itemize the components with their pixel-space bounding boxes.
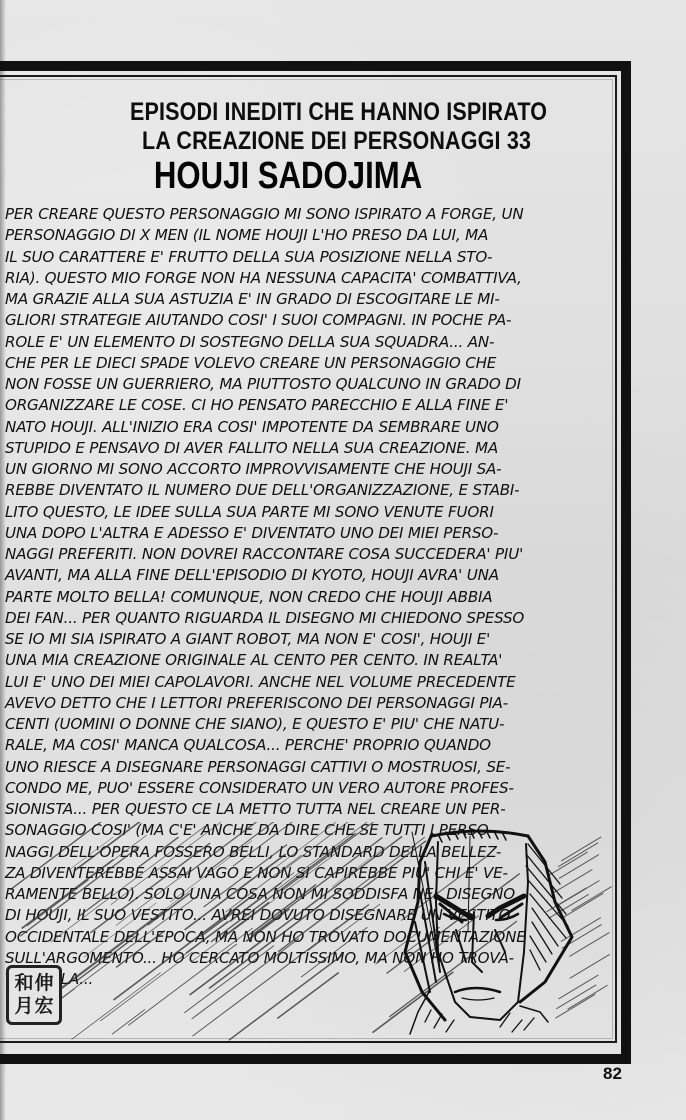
body-text-line: RALE, MA COSI' MANCA QUALCOSA... PERCHE'… — [5, 735, 619, 756]
header-subtitle-line-2: LA CREAZIONE DEI PERSONAGGI 33 — [42, 127, 632, 156]
body-text-line: NON FOSSE UN GUERRIERO, MA PIUTTOSTO QUA… — [5, 374, 619, 395]
body-text-line: UNO RIESCE A DISEGNARE PERSONAGGI CATTIV… — [5, 757, 619, 778]
header-subtitle-line-1: EPISODI INEDITI CHE HANNO ISPIRATO — [44, 98, 634, 127]
body-text-line: SIONISTA... PER QUESTO CE LA METTO TUTTA… — [5, 799, 619, 820]
character-name-title: HOUJI SADOJIMA — [0, 154, 602, 198]
body-text-line: LUI E' UNO DEI MIEI CAPOLAVORI. ANCHE NE… — [5, 672, 619, 693]
seal-char: 宏 — [35, 995, 54, 1018]
body-text-line: LITO QUESTO, LE IDEE SULLA SUA PARTE MI … — [5, 502, 619, 523]
body-text-line: PER CREARE QUESTO PERSONAGGIO MI SONO IS… — [5, 204, 619, 225]
seal-char: 伸 — [35, 972, 54, 995]
character-sketch-illustration: 伸 宏 和 月 — [0, 822, 618, 1042]
body-text-line: NAGGI PREFERITI. NON DOVREI RACCONTARE C… — [5, 544, 619, 565]
body-text-line: DEI FAN... PER QUANTO RIGUARDA IL DISEGN… — [5, 608, 619, 629]
body-text-line: NATO HOUJI. ALL'INIZIO ERA COSI' IMPOTEN… — [5, 417, 619, 438]
body-text-line: SE IO MI SIA ISPIRATO A GIANT ROBOT, MA … — [5, 629, 619, 650]
body-text-line: UN GIORNO MI SONO ACCORTO IMPROVVISAMENT… — [5, 459, 619, 480]
body-text-line: CHE PER LE DIECI SPADE VOLEVO CREARE UN … — [5, 353, 619, 374]
body-text-line: ORGANIZZARE LE COSE. CI HO PENSATO PAREC… — [5, 395, 619, 416]
body-text-line: IL SUO CARATTERE E' FRUTTO DELLA SUA POS… — [5, 247, 619, 268]
body-text-line: MA GRAZIE ALLA SUA ASTUZIA E' IN GRADO D… — [5, 289, 619, 310]
body-text-line: ROLE E' UN ELEMENTO DI SOSTEGNO DELLA SU… — [5, 332, 619, 353]
body-text-line: PARTE MOLTO BELLA! COMUNQUE, NON CREDO C… — [5, 587, 619, 608]
speed-lines-and-portrait-icon — [0, 822, 618, 1042]
body-text-line: AVANTI, MA ALLA FINE DELL'EPISODIO DI KY… — [5, 565, 619, 586]
article-header: EPISODI INEDITI CHE HANNO ISPIRATO LA CR… — [0, 98, 686, 198]
body-text-line: REBBE DIVENTATO IL NUMERO DUE DELL'ORGAN… — [5, 480, 619, 501]
body-text-line: CONDO ME, PUO' ESSERE CONSIDERATO UN VER… — [5, 778, 619, 799]
body-text-line: CENTI (UOMINI O DONNE CHE SIANO), E QUES… — [5, 714, 619, 735]
seal-char: 和 — [14, 972, 33, 995]
body-text-line: UNA MIA CREAZIONE ORIGINALE AL CENTO PER… — [5, 650, 619, 671]
body-text-line: PERSONAGGIO DI X MEN (IL NOME HOUJI L'HO… — [5, 225, 619, 246]
seal-char: 月 — [14, 995, 33, 1018]
artist-seal-stamp: 伸 宏 和 月 — [6, 965, 62, 1025]
seal-left-column: 和 月 — [14, 972, 33, 1018]
body-text-line: GLIORI STRATEGIE AIUTANDO COSI' I SUOI C… — [5, 310, 619, 331]
page-number: 82 — [603, 1064, 622, 1084]
seal-right-column: 伸 宏 — [35, 972, 54, 1018]
body-text-line: AVEVO DETTO CHE I LETTORI PREFERISCONO D… — [5, 693, 619, 714]
body-text-line: STUPIDO E PENSAVO DI AVER FALLITO NELLA … — [5, 438, 619, 459]
body-text-line: UNA DOPO L'ALTRA E ADESSO E' DIVENTATO U… — [5, 523, 619, 544]
body-text-line: RIA). QUESTO MIO FORGE NON HA NESSUNA CA… — [5, 268, 619, 289]
